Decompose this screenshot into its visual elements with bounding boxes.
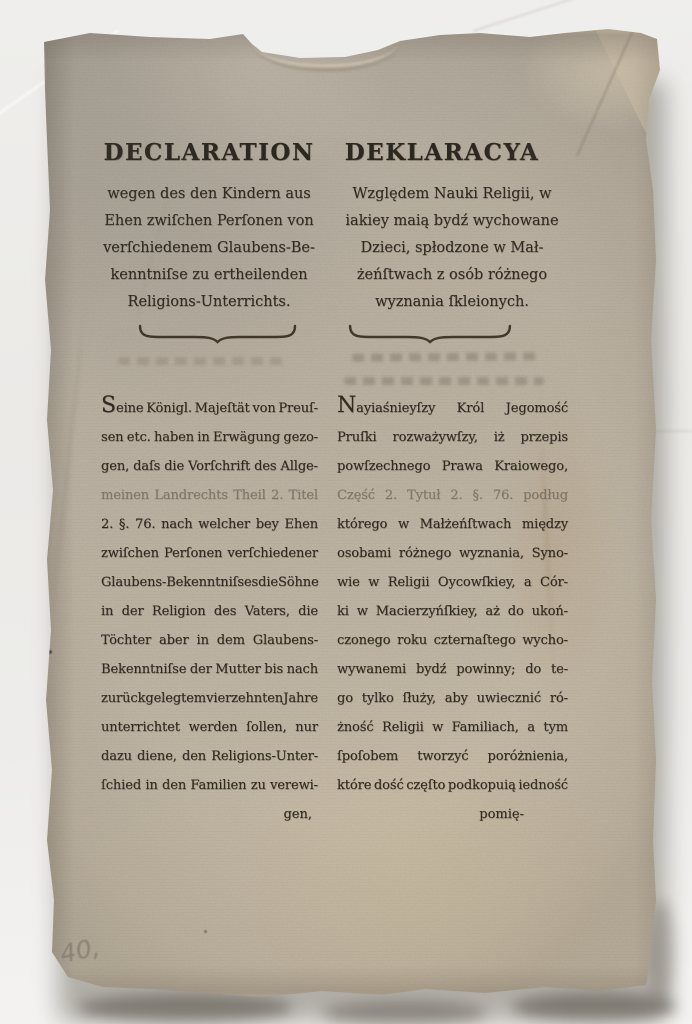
body-text-line: TöchteraberindemGlaubens- bbox=[101, 626, 318, 655]
ink-bleedthrough bbox=[344, 377, 544, 385]
catchword-german: gen, bbox=[101, 800, 312, 829]
subtitle-german: wegen des den Kindern ausEhen zwiſchen P… bbox=[96, 181, 322, 316]
body-text-line: wywanemibydźpowinny;dote- bbox=[337, 655, 568, 684]
ink-bleedthrough bbox=[118, 357, 286, 365]
subtitle-line: kenntniſse zu ertheilenden bbox=[96, 262, 322, 289]
body-text-line: któregowMałżeńſtwachmiędzy bbox=[337, 510, 568, 539]
ink-speck bbox=[46, 650, 52, 654]
ink-bleedthrough bbox=[352, 352, 538, 362]
body-text-polish: NayiaśnieyſzyKrólJegomośćPruſkirozważywſ… bbox=[337, 394, 568, 800]
backdrop-crease bbox=[473, 0, 597, 32]
catchword-polish: pomię- bbox=[337, 800, 524, 829]
body-text-line: Część2.Tytuł2.§.76.podług bbox=[337, 481, 568, 510]
subtitle-line: iakiey maią bydź wychowane bbox=[334, 208, 570, 235]
body-text-line: BekenntniſsederMutterbisnach bbox=[101, 655, 318, 684]
body-text-line: unterrichtetwerdenſollen,nur bbox=[101, 713, 318, 742]
body-text-line: powſzechnegoPrawaKraiowego, bbox=[337, 452, 568, 481]
subtitle-line: wyznania ſkleionych. bbox=[334, 289, 570, 316]
pencil-annotation: 40, bbox=[57, 932, 102, 969]
body-text-line: żnośćReligiiwFamiliach,atym bbox=[337, 713, 568, 742]
subtitle-line: Religions-Unterrichts. bbox=[96, 289, 322, 316]
body-text-line: któredośćczęſtopodkopuiąiedność bbox=[337, 771, 568, 800]
paper-crease bbox=[48, 301, 87, 639]
subtitle-line: verſchiedenem Glaubens-Be- bbox=[96, 235, 322, 262]
body-text-line: ſpoſobemtworzyćporóżnienia, bbox=[337, 742, 568, 771]
section-divider-ornament bbox=[347, 323, 513, 345]
ink-speck bbox=[204, 930, 207, 933]
body-text-line: gotylkoſłuży,abyuwiecznićró- bbox=[337, 684, 568, 713]
body-text-line: gen,daſsdieVorſchriftdesAllge- bbox=[101, 452, 318, 481]
body-text-line: Glaubens-BekenntniſsesdieSöhne bbox=[101, 568, 318, 597]
body-text-line: ſchiedindenFamilienzuverewi- bbox=[101, 771, 318, 800]
body-text-line: senetc.habeninErwägunggezo- bbox=[101, 423, 318, 452]
column-title-polish: DEKLARACYA bbox=[337, 139, 547, 166]
body-text-line: dazudiene,denReligions-Unter- bbox=[101, 742, 318, 771]
body-text-line: zwiſchenPerſonenverſchiedener bbox=[101, 539, 318, 568]
subtitle-line: wegen des den Kindern aus bbox=[96, 181, 322, 208]
paper-shadow bbox=[78, 994, 293, 1022]
body-text-line: wiewReligiiOycowſkiey,aCór- bbox=[337, 568, 568, 597]
subtitle-polish: Względem Nauki Religii, wiakiey maią byd… bbox=[334, 181, 570, 316]
body-text-line: meinenLandrechtsTheil2.Titel bbox=[101, 481, 318, 510]
ink-speck bbox=[42, 682, 46, 685]
body-text-line: Pruſkirozważywſzy,iżprzepis bbox=[337, 423, 568, 452]
column-title-german: DECLARATION bbox=[101, 139, 317, 166]
paper-shadow bbox=[322, 1001, 487, 1024]
body-text-line: osobamiróżnegowyznania,Syno- bbox=[337, 539, 568, 568]
body-text-line: NayiaśnieyſzyKrólJegomość bbox=[337, 394, 568, 423]
body-text-line: 2.§.76.nachwelcherbeyEhen bbox=[101, 510, 318, 539]
subtitle-line: żeńſtwach z osób różnego bbox=[334, 262, 570, 289]
body-text-line: zurückgelegtemvierzehntenJahre bbox=[101, 684, 318, 713]
document-page: DECLARATION DEKLARACYA wegen des den Kin… bbox=[0, 0, 692, 1024]
photo-of-document: DECLARATION DEKLARACYA wegen des den Kin… bbox=[0, 0, 692, 1024]
body-text-line: czonegorokuczternaſtegowycho- bbox=[337, 626, 568, 655]
section-divider-ornament bbox=[137, 323, 298, 345]
body-text-line: kiwMacierzyńſkiey,ażdoukoń- bbox=[337, 597, 568, 626]
body-text-line: SeineKönigl.MajeſtätvonPreuſ- bbox=[101, 394, 318, 423]
body-text-german: SeineKönigl.MajeſtätvonPreuſ-senetc.habe… bbox=[101, 394, 318, 800]
subtitle-line: Ehen zwiſchen Perſonen von bbox=[96, 208, 322, 235]
paper-crease bbox=[252, 35, 400, 71]
subtitle-line: Względem Nauki Religii, w bbox=[334, 181, 570, 208]
subtitle-line: Dzieci, spłodzone w Mał- bbox=[334, 235, 570, 262]
body-text-line: inderReligiondesVaters,die bbox=[101, 597, 318, 626]
